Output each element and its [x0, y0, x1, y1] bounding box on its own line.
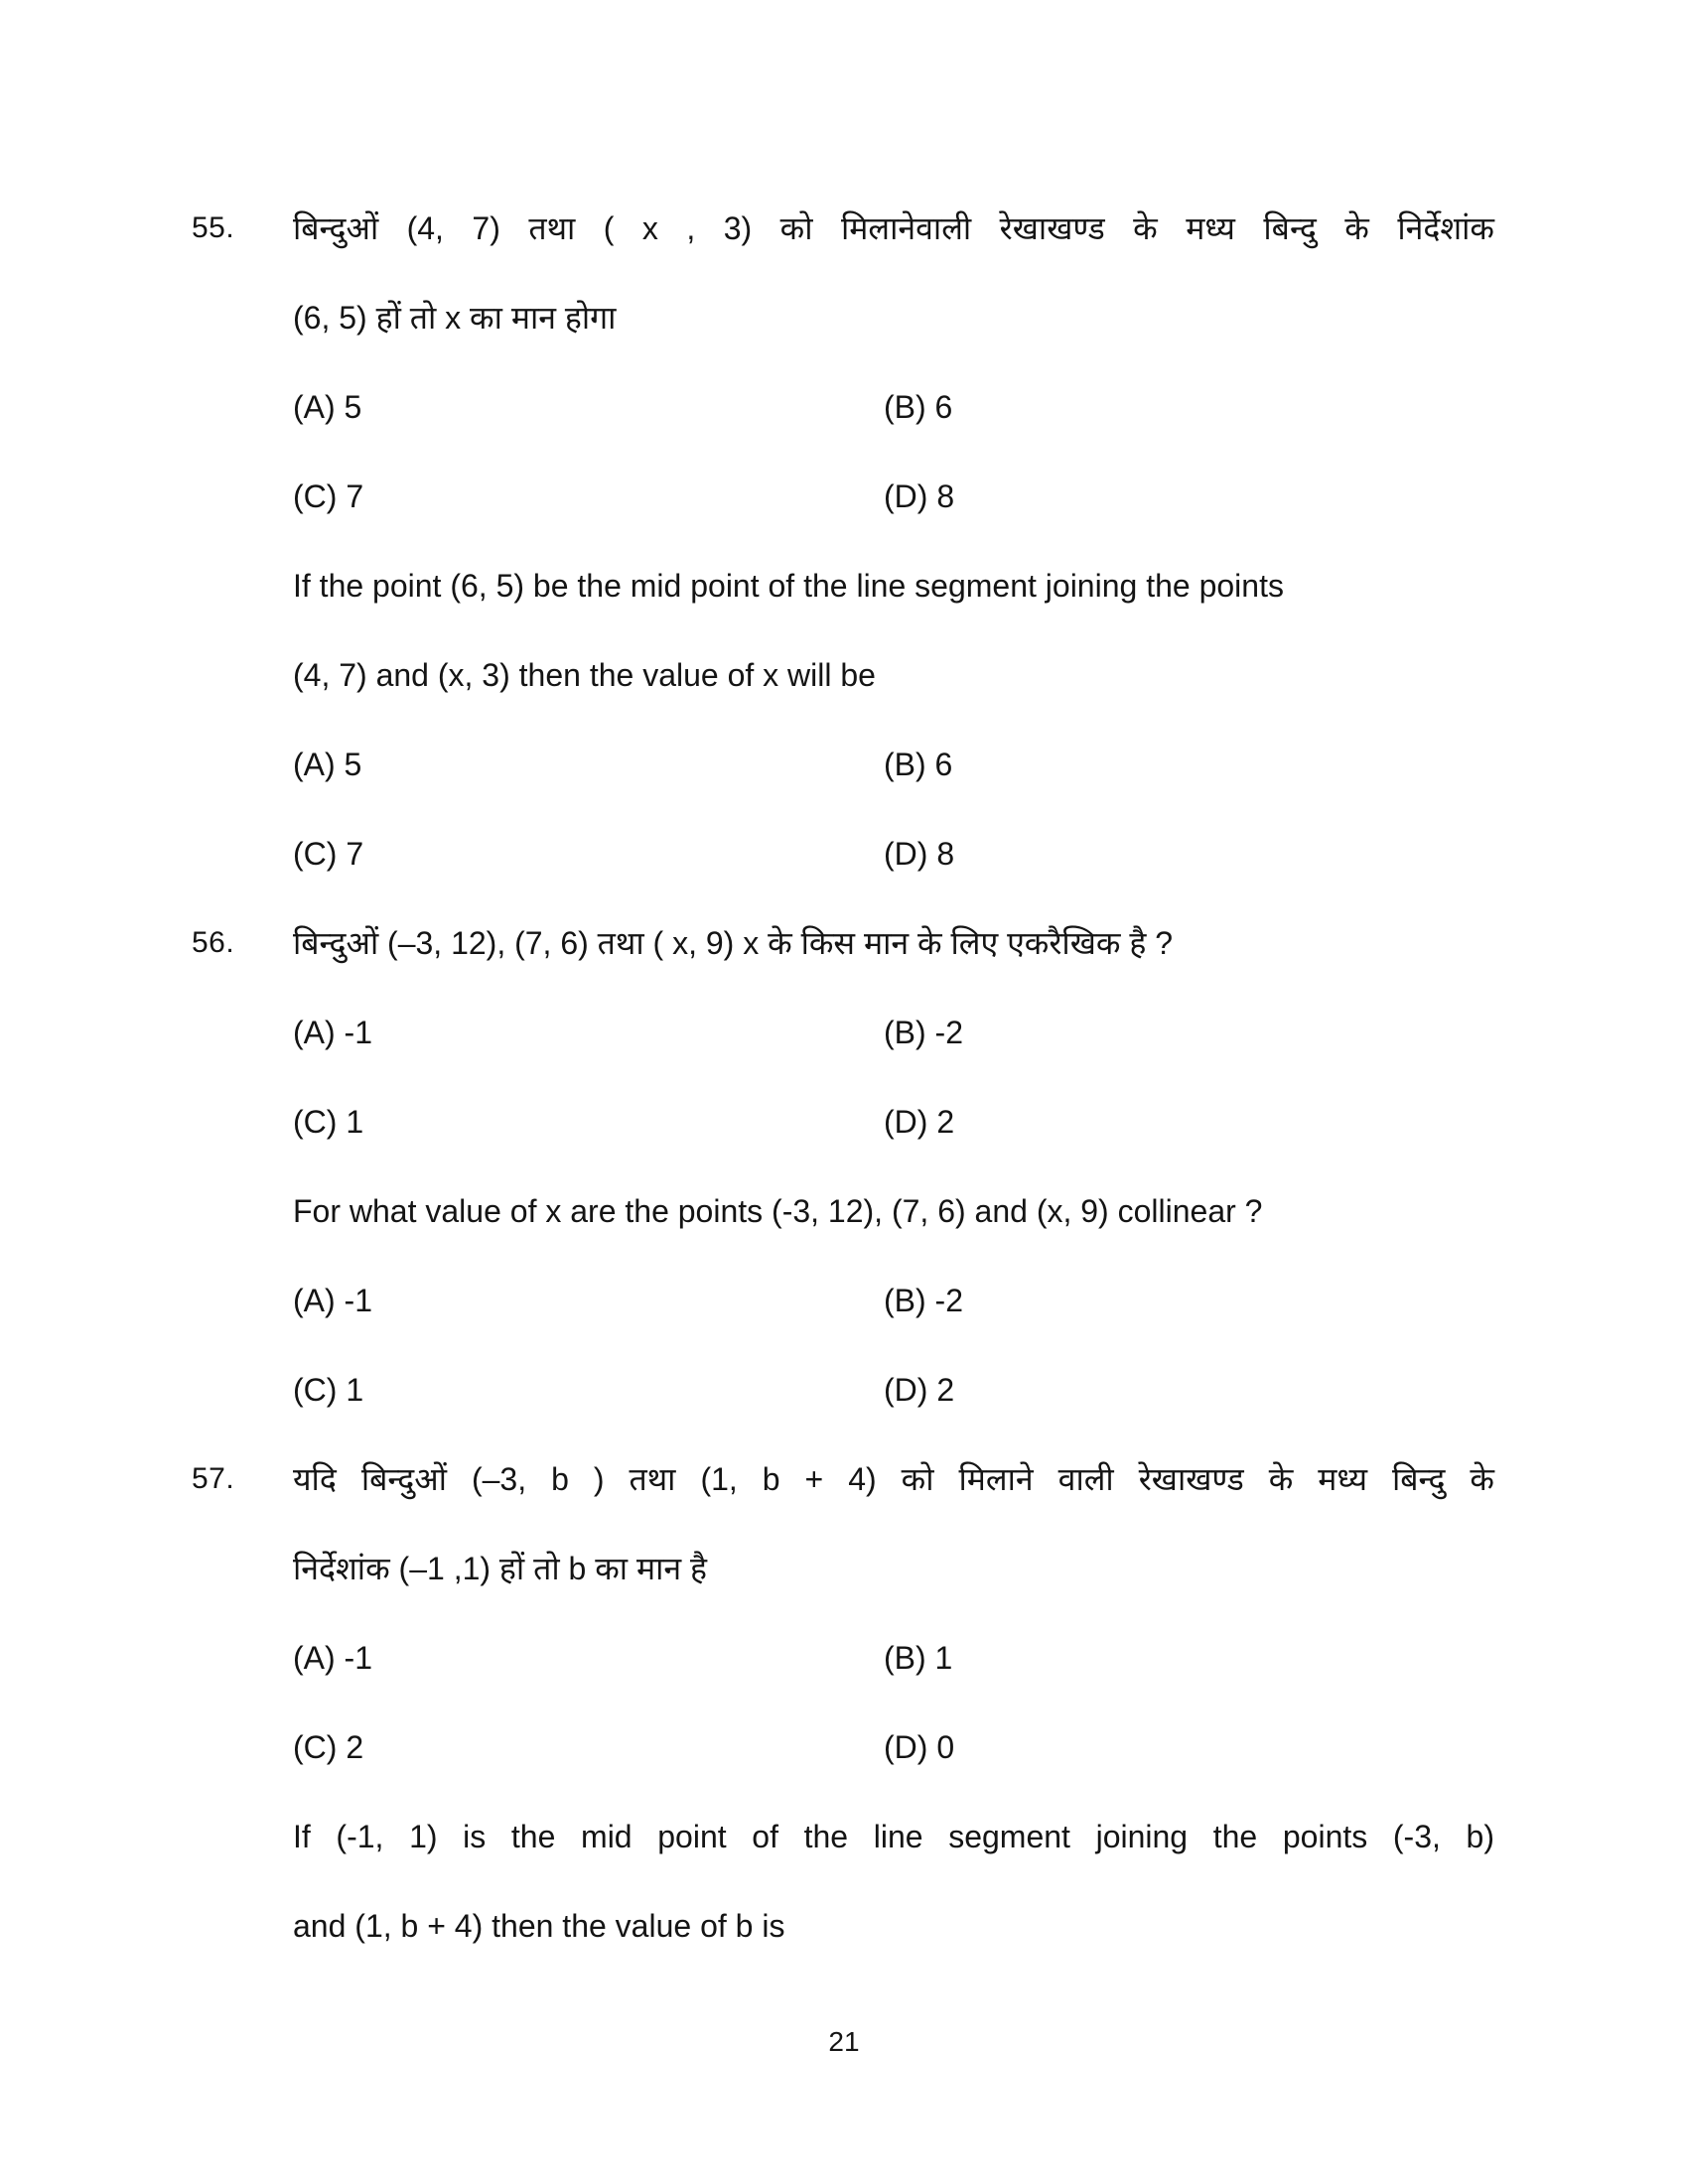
option-a: (A) -1 [293, 1283, 884, 1319]
exam-paper-page: 55. बिन्दुओं (4, 7) तथा ( x , 3) को मिला… [0, 0, 1688, 2184]
question-55-options-en-row-1: (A) 5 (B) 6 [0, 720, 1688, 809]
option-c: (C) 1 [293, 1104, 884, 1141]
question-text-hindi: बिन्दुओं (–3, 12), (7, 6) तथा ( x, 9) x … [293, 925, 1173, 962]
question-55-options-hi-row-2: (C) 7 (D) 8 [0, 452, 1688, 541]
question-57-options-hi-row-1: (A) -1 (B) 1 [0, 1613, 1688, 1703]
option-d: (D) 8 [884, 836, 954, 873]
option-a: (A) 5 [293, 747, 884, 783]
option-d: (D) 2 [884, 1372, 954, 1409]
option-b: (B) 6 [884, 389, 952, 426]
question-57-options-hi-row-2: (C) 2 (D) 0 [0, 1703, 1688, 1792]
question-56-hindi-line-1: 56. बिन्दुओं (–3, 12), (7, 6) तथा ( x, 9… [0, 898, 1688, 988]
question-56-english-line-1: For what value of x are the points (-3, … [0, 1166, 1688, 1256]
question-57-hindi-line-1: 57. यदि बिन्दुओं (–3, b ) तथा (1, b + 4)… [0, 1434, 1688, 1524]
question-56-options-hi-row-2: (C) 1 (D) 2 [0, 1077, 1688, 1166]
question-56-options-hi-row-1: (A) -1 (B) -2 [0, 988, 1688, 1077]
question-text-hindi: (6, 5) हों तो x का मान होगा [293, 300, 616, 337]
option-d: (D) 0 [884, 1729, 954, 1766]
option-b: (B) -2 [884, 1015, 963, 1051]
option-c: (C) 2 [293, 1729, 884, 1766]
question-55-number: 55. [192, 211, 234, 246]
question-56-options-en-row-1: (A) -1 (B) -2 [0, 1256, 1688, 1345]
question-text-english: (4, 7) and (x, 3) then the value of x wi… [293, 657, 876, 694]
option-a: (A) -1 [293, 1015, 884, 1051]
question-55-options-hi-row-1: (A) 5 (B) 6 [0, 362, 1688, 452]
option-d: (D) 2 [884, 1104, 954, 1141]
option-a: (A) 5 [293, 389, 884, 426]
question-text-english: For what value of x are the points (-3, … [293, 1193, 1262, 1230]
question-55-options-en-row-2: (C) 7 (D) 8 [0, 809, 1688, 898]
option-a: (A) -1 [293, 1640, 884, 1677]
option-c: (C) 7 [293, 478, 884, 515]
option-c: (C) 7 [293, 836, 884, 873]
option-b: (B) -2 [884, 1283, 963, 1319]
question-56-options-en-row-2: (C) 1 (D) 2 [0, 1345, 1688, 1434]
question-text-hindi: बिन्दुओं (4, 7) तथा ( x , 3) को मिलानेवा… [293, 210, 1494, 247]
option-c: (C) 1 [293, 1372, 884, 1409]
question-text-english: and (1, b + 4) then the value of b is [293, 1908, 784, 1945]
option-b: (B) 6 [884, 747, 952, 783]
question-55-english-line-2: (4, 7) and (x, 3) then the value of x wi… [0, 630, 1688, 720]
question-55-hindi-line-1: 55. बिन्दुओं (4, 7) तथा ( x , 3) को मिला… [0, 184, 1688, 273]
question-text-english: If the point (6, 5) be the mid point of … [293, 568, 1284, 605]
option-d: (D) 8 [884, 478, 954, 515]
question-55-hindi-line-2: (6, 5) हों तो x का मान होगा [0, 273, 1688, 362]
question-57-number: 57. [192, 1462, 234, 1497]
question-55-english-line-1: If the point (6, 5) be the mid point of … [0, 541, 1688, 630]
page-number: 21 [0, 2026, 1688, 2058]
question-57-hindi-line-2: निर्देशांक (–1 ,1) हों तो b का मान है [0, 1524, 1688, 1613]
question-text-hindi: निर्देशांक (–1 ,1) हों तो b का मान है [293, 1551, 707, 1587]
question-text-hindi: यदि बिन्दुओं (–3, b ) तथा (1, b + 4) को … [293, 1461, 1494, 1498]
question-57-english-line-1: If (-1, 1) is the mid point of the line … [0, 1792, 1688, 1881]
question-56-number: 56. [192, 926, 234, 961]
question-57-english-line-2: and (1, b + 4) then the value of b is [0, 1881, 1688, 1971]
option-b: (B) 1 [884, 1640, 952, 1677]
question-text-english: If (-1, 1) is the mid point of the line … [293, 1819, 1494, 1855]
